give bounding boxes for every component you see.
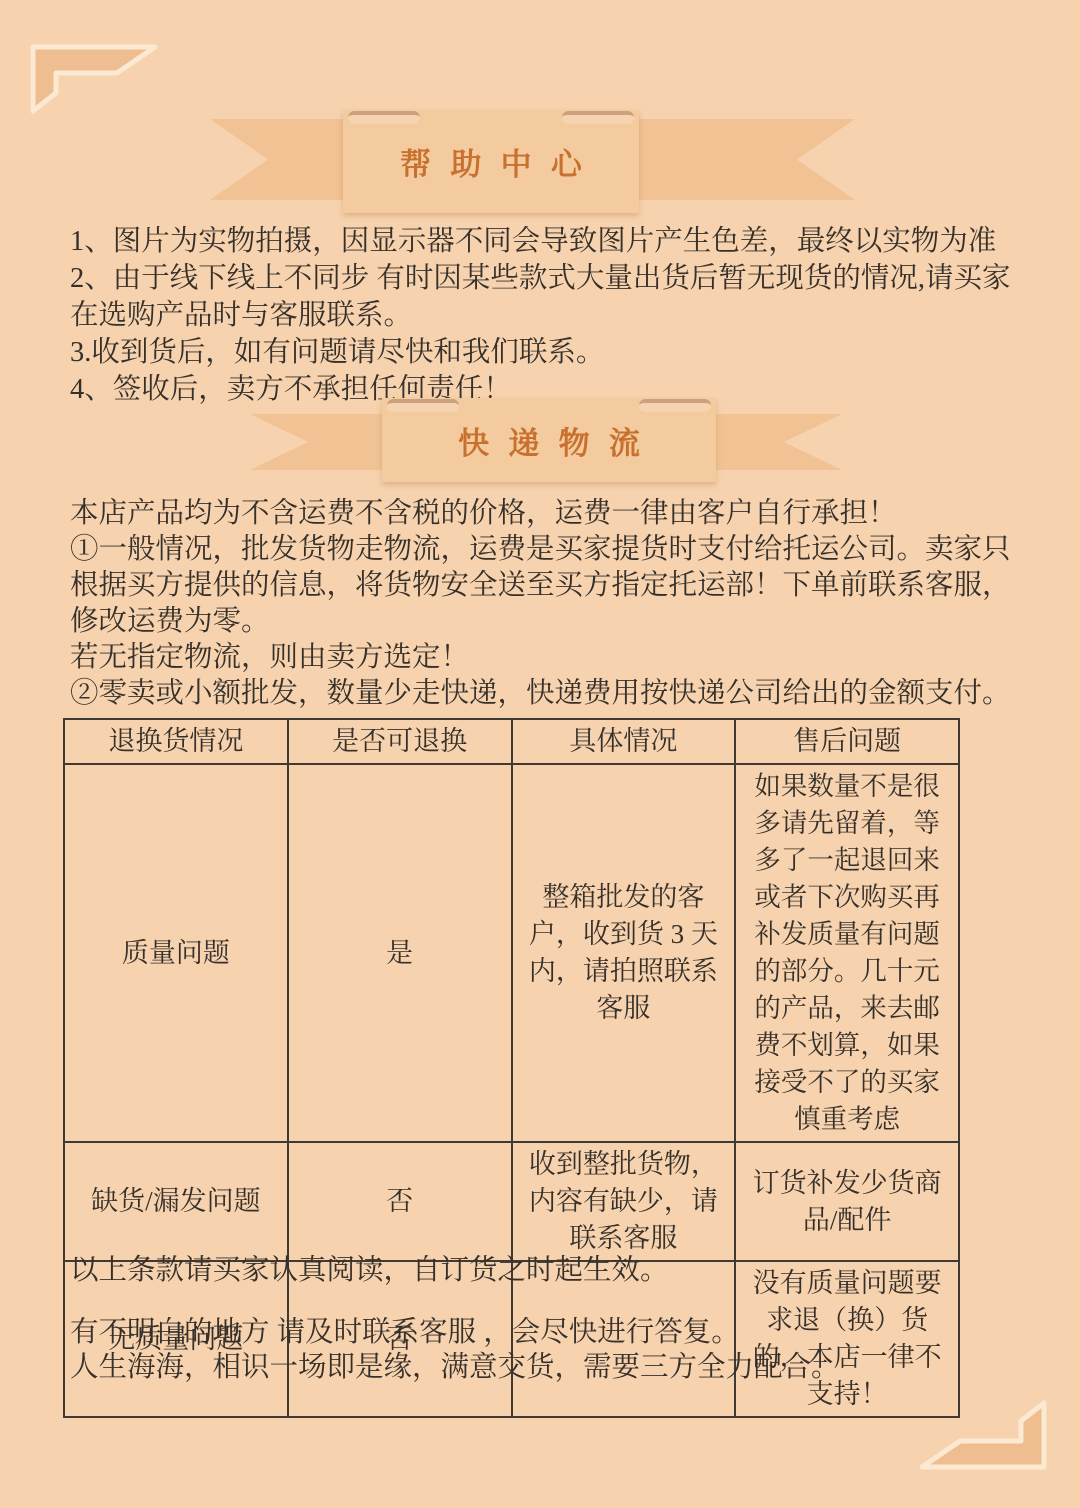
cell-details: 收到整批货物，内容有缺少，请联系客服 (512, 1142, 736, 1261)
cell-situation: 缺货/漏发问题 (64, 1142, 288, 1261)
corner-bracket-top-left-icon (30, 44, 158, 114)
contact-note: 有不明白的地方 请及时联系客服 ，会尽快进行答复。 (70, 1316, 1018, 1351)
logistics-p4: ②零卖或小额批发，数量少走快递，快递费用按快递公司给出的金额支付。 (70, 676, 1018, 712)
banner-title: 快递物流 (439, 418, 659, 463)
help-note-2: 2、由于线下线上不同步 有时因某些款式大量出货后暂无现货的情况,请买家在选购产品… (70, 260, 1018, 334)
returns-policy-table: 退换货情况 是否可退换 具体情况 售后问题 质量问题 是 整箱批发的客户，收到货… (63, 718, 960, 1418)
banner-title: 帮助中心 (381, 139, 601, 184)
table-header-row: 退换货情况 是否可退换 具体情况 售后问题 (64, 719, 959, 764)
table-row: 质量问题 是 整箱批发的客户，收到货 3 天内，请拍照联系客服 如果数量不是很多… (64, 764, 959, 1142)
help-note-1: 1、图片为实物拍摄，因显示器不同会导致图片产生色差，最终以实物为准 (70, 223, 1018, 260)
cell-after-sales: 如果数量不是很多请先留着，等多了一起退回来或者下次购买再补发质量有问题的部分。几… (735, 764, 959, 1142)
ribbon-scroll-panel: 帮助中心 (343, 110, 639, 213)
cell-situation: 质量问题 (64, 764, 288, 1142)
logistics-p3: 若无指定物流，则由卖方选定！ (70, 640, 1018, 676)
header-details: 具体情况 (512, 719, 736, 764)
closing-note: 人生海海，相识一场即是缘，满意交货，需要三方全力配合。 (70, 1351, 1018, 1386)
logistics-paragraphs: 本店产品均为不含运费不含税的价格，运费一律由客户自行承担！ ①一般情况，批发货物… (70, 496, 1018, 712)
ribbon-scroll-panel: 快递物流 (382, 398, 716, 482)
logistics-p1: 本店产品均为不含运费不含税的价格，运费一律由客户自行承担！ (70, 496, 1018, 532)
help-notes-list: 1、图片为实物拍摄，因显示器不同会导致图片产生色差，最终以实物为准 2、由于线下… (70, 223, 1018, 408)
help-center-page: 帮助中心 1、图片为实物拍摄，因显示器不同会导致图片产生色差，最终以实物为准 2… (0, 0, 1080, 1508)
logistics-p2: ①一般情况，批发货物走物流，运费是买家提货时支付给托运公司。卖家只根据买方提供的… (70, 532, 1018, 640)
footer-contact-block: 有不明白的地方 请及时联系客服 ，会尽快进行答复。 人生海海，相识一场即是缘，满… (70, 1316, 1018, 1385)
cell-details: 整箱批发的客户，收到货 3 天内，请拍照联系客服 (512, 764, 736, 1142)
cell-returnable: 否 (288, 1142, 512, 1261)
header-after-sales: 售后问题 (735, 719, 959, 764)
banner-help-center: 帮助中心 (210, 110, 855, 213)
table-row: 缺货/漏发问题 否 收到整批货物，内容有缺少，请联系客服 订货补发少货商品/配件 (64, 1142, 959, 1261)
banner-logistics: 快递物流 (250, 398, 842, 482)
terms-effective-note: 以上条款请买家认真阅读，自订货之时起生效。 (70, 1253, 1018, 1289)
cell-returnable: 是 (288, 764, 512, 1142)
cell-after-sales: 订货补发少货商品/配件 (735, 1142, 959, 1261)
header-returnable: 是否可退换 (288, 719, 512, 764)
header-return-situation: 退换货情况 (64, 719, 288, 764)
help-note-3: 3.收到货后，如有问题请尽快和我们联系。 (70, 334, 1018, 371)
